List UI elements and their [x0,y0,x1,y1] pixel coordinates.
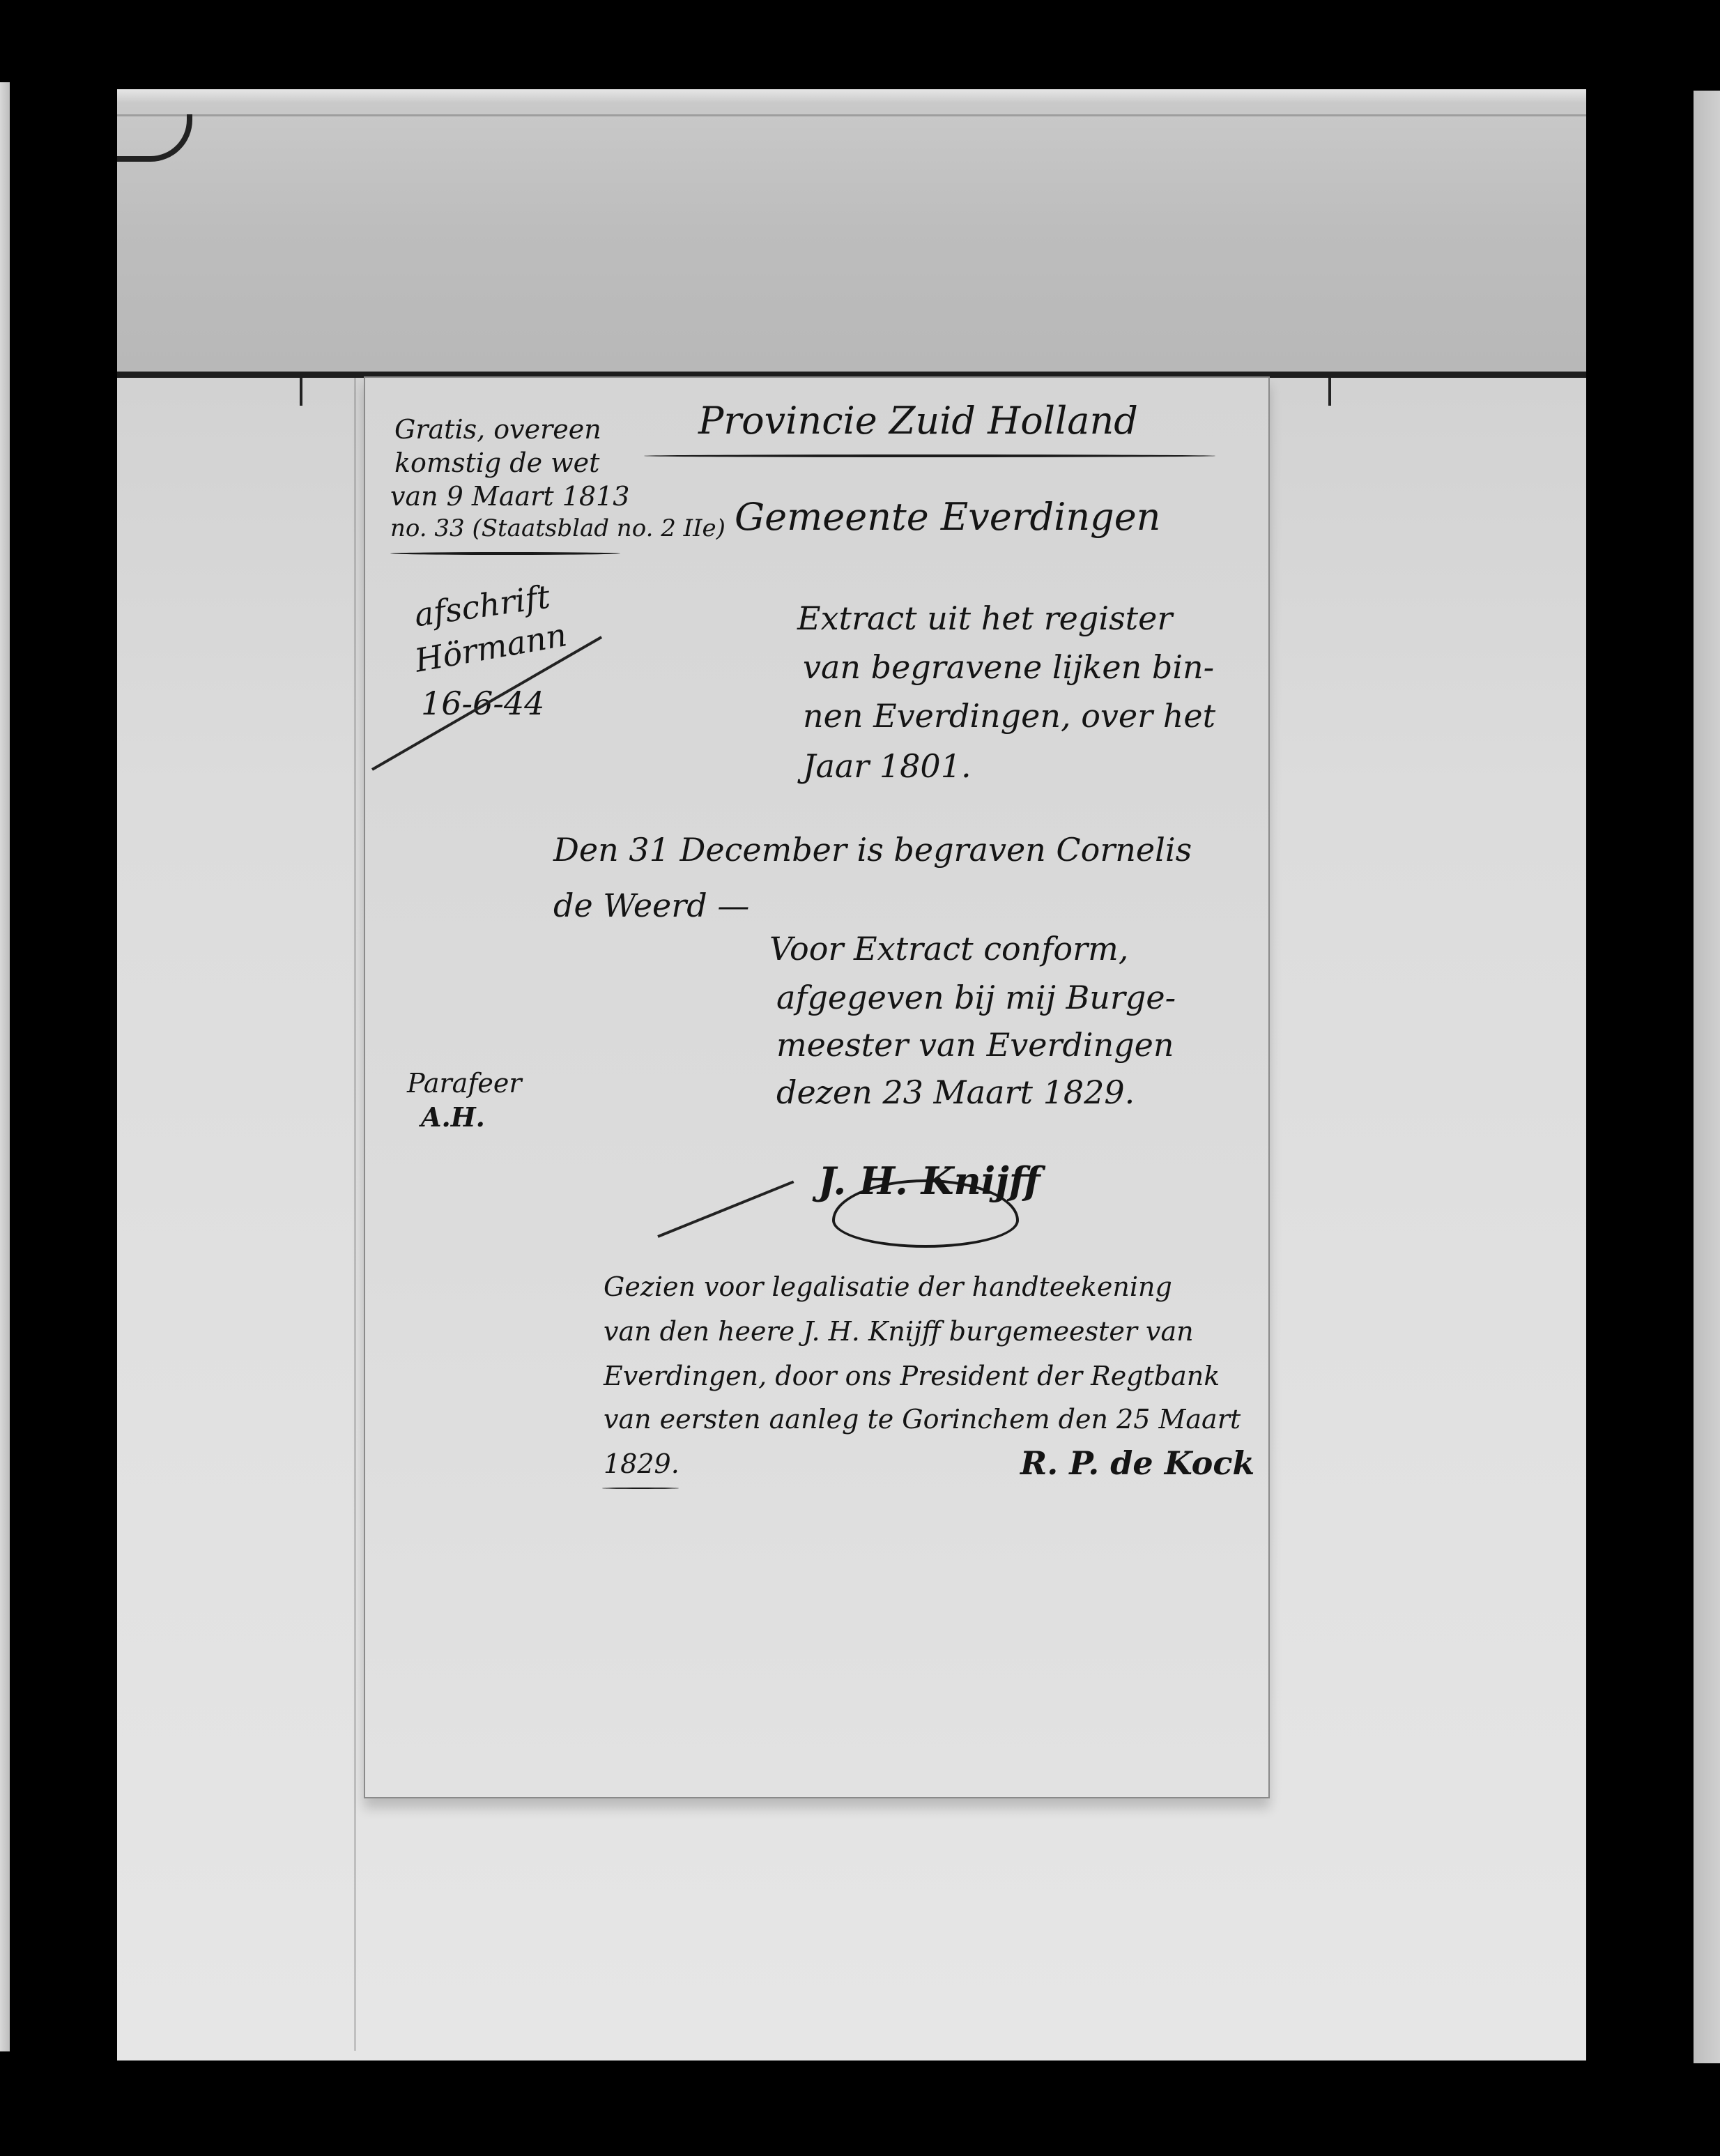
title-year: Jaar 1801. [803,747,972,785]
paraphe-label: Parafeer [407,1068,522,1099]
certification-line: Voor Extract conform, [769,930,1128,968]
adjacent-frame-right [1694,91,1720,2063]
legalisation-line: van den heere J. H. Knijff burgemeester … [604,1316,1194,1347]
certification-date: dezen 23 Maart 1829. [776,1073,1135,1111]
document-page: Gratis, overeen komstig de wet van 9 Maa… [364,376,1270,1798]
board-edge-line [117,114,1586,116]
title-line: Extract uit het register [797,599,1172,637]
burial-entry-name: de Weerd — [553,887,749,924]
board-fold-line [354,378,356,2051]
board-tick-mark [300,378,302,406]
margin-note-line: Gratis, overeen [394,414,601,445]
president-signature: R. P. de Kock [1020,1444,1254,1482]
province-heading: Provincie Zuid Holland [698,399,1138,443]
title-line: nen Everdingen, over het [803,697,1215,735]
certification-line: afgegeven bij mij Burge- [776,979,1176,1016]
municipality-heading: Gemeente Everdingen [735,495,1160,539]
legalisation-line: van eersten aanleg te Gorinchem den 25 M… [604,1404,1241,1435]
signature-stroke [657,1180,794,1237]
margin-note-line: komstig de wet [394,448,599,478]
margin-note-line: van 9 Maart 1813 [390,481,629,512]
backing-board-top [117,89,1586,375]
paraphe-initials: A.H. [421,1101,485,1133]
margin-note-line: no. 33 (Staatsblad no. 2 IIe) [390,514,725,542]
adjacent-frame-left [0,82,10,2051]
burial-entry-line: Den 31 December is begraven Cornelis [553,831,1192,869]
heading-flourish [644,454,1215,457]
year-underline [602,1488,679,1489]
certification-line: meester van Everdingen [776,1026,1174,1064]
margin-note-underline [390,552,620,555]
legalisation-year: 1829. [604,1448,679,1479]
legalisation-line: Gezien voor legalisatie der handteekenin… [604,1271,1172,1302]
mayor-signature: J. H. Knijff [818,1159,1041,1203]
legalisation-line: Everdingen, door ons President der Regtb… [604,1361,1220,1391]
title-line: van begravene lijken bin- [803,648,1214,686]
board-tick-mark [1328,378,1331,406]
clip-icon [117,114,192,162]
